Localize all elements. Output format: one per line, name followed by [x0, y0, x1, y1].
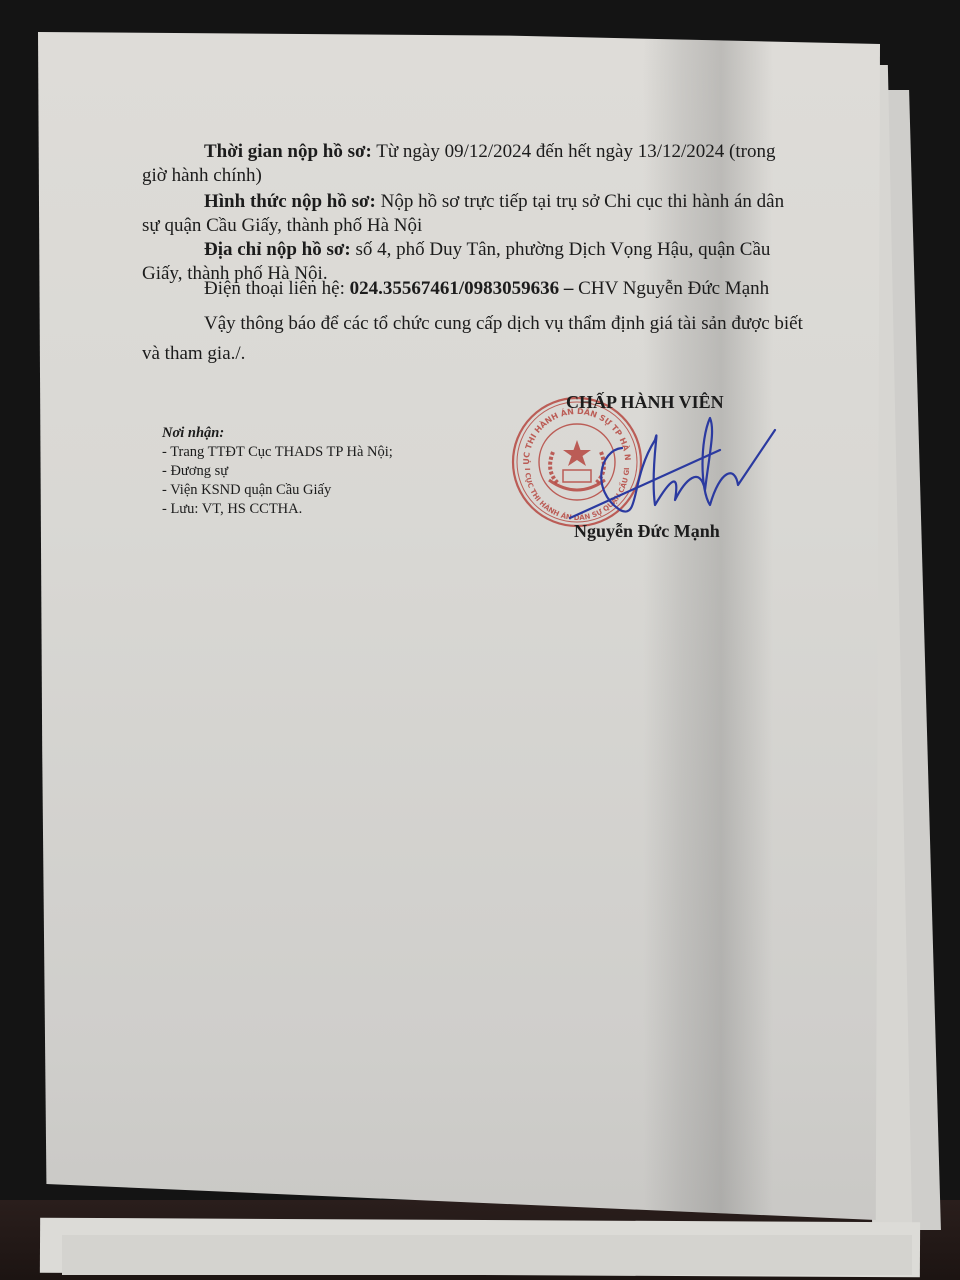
closing-paragraph: Vậy thông báo để các tổ chức cung cấp dị… — [142, 309, 804, 369]
contact-phone: Điện thoại liên hệ: 024.35567461/0983059… — [142, 277, 804, 301]
document-body: Thời gian nộp hồ sơ: Từ ngày 09/12/2024 … — [0, 0, 960, 1280]
field-label: Thời gian nộp hồ sơ: — [204, 141, 372, 162]
recipients-heading: Nơi nhận: — [162, 424, 393, 443]
phone-number: 024.35567461/0983059636 – — [350, 278, 574, 299]
signer-name: Nguyễn Đức Mạnh — [574, 521, 720, 542]
recipients-block: Nơi nhận: - Trang TTĐT Cục THADS TP Hà N… — [162, 424, 393, 519]
recipient-item: - Lưu: VT, HS CCTHA. — [162, 500, 393, 519]
field-label: Hình thức nộp hồ sơ: — [204, 191, 376, 212]
field-label: Địa chỉ nộp hồ sơ: — [204, 239, 351, 260]
submission-method: Hình thức nộp hồ sơ: Nộp hồ sơ trực tiếp… — [142, 190, 804, 238]
phone-label: Điện thoại liên hệ: — [204, 278, 350, 299]
recipient-item: - Đương sự — [162, 462, 393, 481]
handwritten-signature — [560, 410, 780, 530]
recipient-item: - Trang TTĐT Cục THADS TP Hà Nội; — [162, 443, 393, 462]
recipient-item: - Viện KSND quận Cầu Giấy — [162, 481, 393, 500]
phone-contact-person: CHV Nguyễn Đức Mạnh — [573, 278, 769, 299]
submission-time: Thời gian nộp hồ sơ: Từ ngày 09/12/2024 … — [142, 140, 804, 188]
